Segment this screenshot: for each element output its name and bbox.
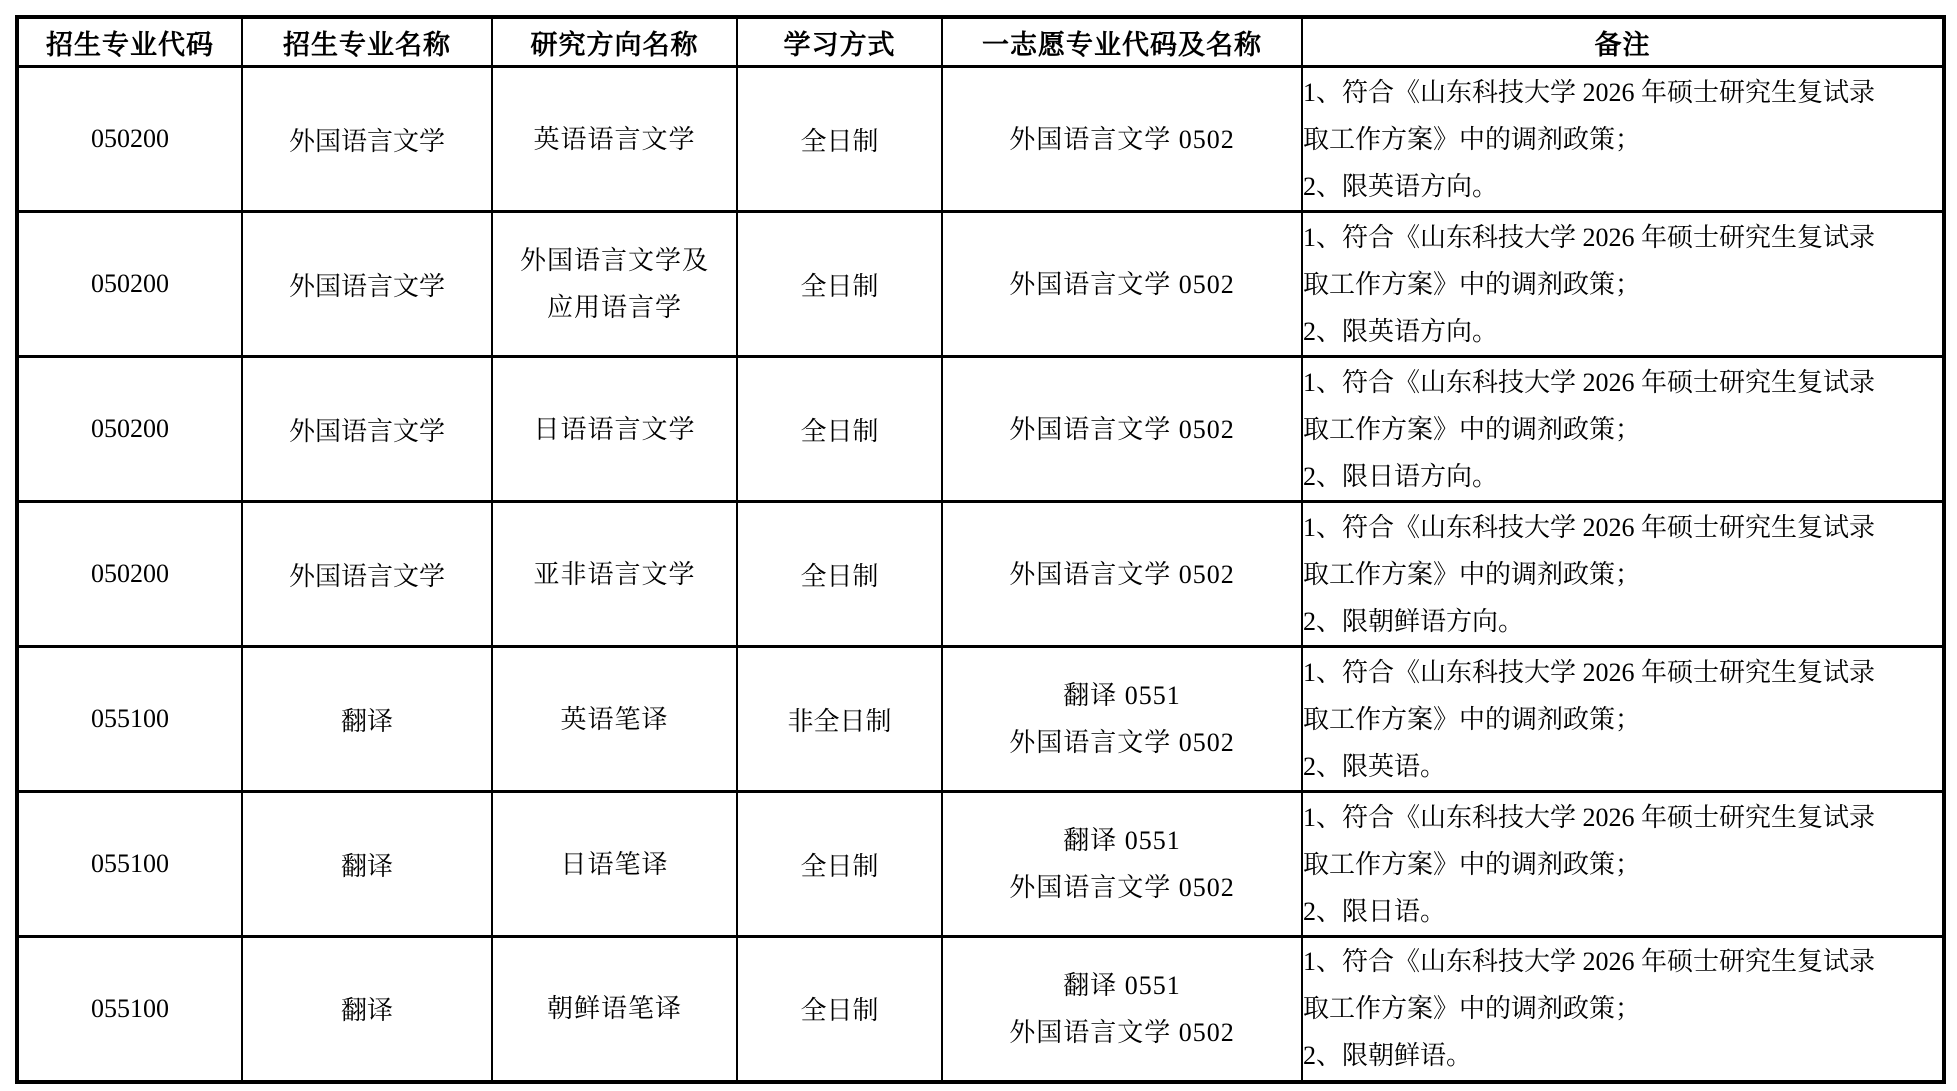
document-page: 招生专业代码 招生专业名称 研究方向名称 学习方式 一志愿专业代码及名称 备注 …	[15, 15, 1946, 1084]
remark-line: 取工作方案》中的调剂政策；	[1303, 985, 1942, 1032]
direction-line: 英语语言文学	[493, 116, 736, 163]
remark-line: 取工作方案》中的调剂政策；	[1303, 406, 1942, 453]
first-choice-line: 外国语言文学 0502	[943, 116, 1301, 163]
direction-line: 朝鲜语笔译	[493, 985, 736, 1032]
cell-admission-code: 055100	[17, 792, 242, 937]
cell-study-mode: 全日制	[737, 937, 942, 1082]
remark-line: 2、限英语方向。	[1303, 163, 1942, 210]
header-row: 招生专业代码 招生专业名称 研究方向名称 学习方式 一志愿专业代码及名称 备注	[17, 17, 1944, 67]
direction-line: 应用语言学	[493, 284, 736, 331]
cell-research-direction: 日语语言文学	[492, 357, 737, 502]
cell-study-mode: 全日制	[737, 67, 942, 212]
cell-remarks: 1、符合《山东科技大学 2026 年硕士研究生复试录 取工作方案》中的调剂政策；…	[1302, 357, 1944, 502]
remark-line: 1、符合《山东科技大学 2026 年硕士研究生复试录	[1303, 69, 1942, 116]
remark-line: 取工作方案》中的调剂政策；	[1303, 116, 1942, 163]
header-major-name: 招生专业名称	[242, 17, 492, 67]
cell-major-name: 翻译	[242, 647, 492, 792]
cell-major-name: 外国语言文学	[242, 357, 492, 502]
cell-major-name: 外国语言文学	[242, 67, 492, 212]
table-row: 055100 翻译 日语笔译 全日制 翻译 0551 外国语言文学 0502 1…	[17, 792, 1944, 937]
remark-line: 2、限朝鲜语方向。	[1303, 598, 1942, 645]
cell-study-mode: 非全日制	[737, 647, 942, 792]
remark-line: 2、限日语方向。	[1303, 453, 1942, 500]
first-choice-line: 翻译 0551	[943, 817, 1301, 864]
cell-study-mode: 全日制	[737, 357, 942, 502]
header-first-choice: 一志愿专业代码及名称	[942, 17, 1302, 67]
cell-remarks: 1、符合《山东科技大学 2026 年硕士研究生复试录 取工作方案》中的调剂政策；…	[1302, 502, 1944, 647]
cell-admission-code: 050200	[17, 67, 242, 212]
cell-first-choice: 外国语言文学 0502	[942, 502, 1302, 647]
cell-research-direction: 外国语言文学及 应用语言学	[492, 212, 737, 357]
remark-line: 取工作方案》中的调剂政策；	[1303, 696, 1942, 743]
table-row: 050200 外国语言文学 英语语言文学 全日制 外国语言文学 0502 1、符…	[17, 67, 1944, 212]
remark-line: 取工作方案》中的调剂政策；	[1303, 551, 1942, 598]
first-choice-line: 翻译 0551	[943, 672, 1301, 719]
cell-admission-code: 055100	[17, 937, 242, 1082]
cell-remarks: 1、符合《山东科技大学 2026 年硕士研究生复试录 取工作方案》中的调剂政策；…	[1302, 67, 1944, 212]
table-row: 050200 外国语言文学 日语语言文学 全日制 外国语言文学 0502 1、符…	[17, 357, 1944, 502]
cell-study-mode: 全日制	[737, 212, 942, 357]
table-row: 055100 翻译 英语笔译 非全日制 翻译 0551 外国语言文学 0502 …	[17, 647, 1944, 792]
cell-first-choice: 翻译 0551 外国语言文学 0502	[942, 937, 1302, 1082]
cell-admission-code: 050200	[17, 502, 242, 647]
remark-line: 取工作方案》中的调剂政策；	[1303, 261, 1942, 308]
remark-line: 1、符合《山东科技大学 2026 年硕士研究生复试录	[1303, 359, 1942, 406]
cell-first-choice: 外国语言文学 0502	[942, 357, 1302, 502]
cell-admission-code: 055100	[17, 647, 242, 792]
cell-research-direction: 英语语言文学	[492, 67, 737, 212]
first-choice-line: 外国语言文学 0502	[943, 719, 1301, 766]
header-admission-code: 招生专业代码	[17, 17, 242, 67]
header-remarks: 备注	[1302, 17, 1944, 67]
header-study-mode: 学习方式	[737, 17, 942, 67]
remark-line: 2、限英语方向。	[1303, 308, 1942, 355]
cell-research-direction: 日语笔译	[492, 792, 737, 937]
cell-research-direction: 朝鲜语笔译	[492, 937, 737, 1082]
direction-line: 英语笔译	[493, 696, 736, 743]
cell-remarks: 1、符合《山东科技大学 2026 年硕士研究生复试录 取工作方案》中的调剂政策；…	[1302, 647, 1944, 792]
cell-major-name: 翻译	[242, 937, 492, 1082]
cell-first-choice: 外国语言文学 0502	[942, 67, 1302, 212]
first-choice-line: 翻译 0551	[943, 962, 1301, 1009]
remark-line: 1、符合《山东科技大学 2026 年硕士研究生复试录	[1303, 214, 1942, 261]
first-choice-line: 外国语言文学 0502	[943, 551, 1301, 598]
cell-research-direction: 英语笔译	[492, 647, 737, 792]
remark-line: 2、限日语。	[1303, 888, 1942, 935]
table-row: 050200 外国语言文学 外国语言文学及 应用语言学 全日制 外国语言文学 0…	[17, 212, 1944, 357]
first-choice-line: 外国语言文学 0502	[943, 406, 1301, 453]
first-choice-line: 外国语言文学 0502	[943, 1009, 1301, 1056]
first-choice-line: 外国语言文学 0502	[943, 864, 1301, 911]
cell-major-name: 翻译	[242, 792, 492, 937]
remark-line: 1、符合《山东科技大学 2026 年硕士研究生复试录	[1303, 794, 1942, 841]
remark-line: 2、限英语。	[1303, 743, 1942, 790]
remark-line: 1、符合《山东科技大学 2026 年硕士研究生复试录	[1303, 938, 1942, 985]
cell-admission-code: 050200	[17, 357, 242, 502]
remark-line: 1、符合《山东科技大学 2026 年硕士研究生复试录	[1303, 649, 1942, 696]
cell-remarks: 1、符合《山东科技大学 2026 年硕士研究生复试录 取工作方案》中的调剂政策；…	[1302, 792, 1944, 937]
cell-major-name: 外国语言文学	[242, 502, 492, 647]
header-research-direction: 研究方向名称	[492, 17, 737, 67]
direction-line: 日语笔译	[493, 841, 736, 888]
cell-first-choice: 翻译 0551 外国语言文学 0502	[942, 647, 1302, 792]
direction-line: 日语语言文学	[493, 406, 736, 453]
first-choice-line: 外国语言文学 0502	[943, 261, 1301, 308]
cell-remarks: 1、符合《山东科技大学 2026 年硕士研究生复试录 取工作方案》中的调剂政策；…	[1302, 212, 1944, 357]
remark-line: 1、符合《山东科技大学 2026 年硕士研究生复试录	[1303, 504, 1942, 551]
cell-research-direction: 亚非语言文学	[492, 502, 737, 647]
cell-study-mode: 全日制	[737, 502, 942, 647]
cell-first-choice: 外国语言文学 0502	[942, 212, 1302, 357]
remark-line: 2、限朝鲜语。	[1303, 1032, 1942, 1079]
direction-line: 外国语言文学及	[493, 237, 736, 284]
remark-line: 取工作方案》中的调剂政策；	[1303, 841, 1942, 888]
cell-first-choice: 翻译 0551 外国语言文学 0502	[942, 792, 1302, 937]
cell-remarks: 1、符合《山东科技大学 2026 年硕士研究生复试录 取工作方案》中的调剂政策；…	[1302, 937, 1944, 1082]
cell-admission-code: 050200	[17, 212, 242, 357]
cell-study-mode: 全日制	[737, 792, 942, 937]
table-row: 055100 翻译 朝鲜语笔译 全日制 翻译 0551 外国语言文学 0502 …	[17, 937, 1944, 1082]
cell-major-name: 外国语言文学	[242, 212, 492, 357]
direction-line: 亚非语言文学	[493, 551, 736, 598]
table-row: 050200 外国语言文学 亚非语言文学 全日制 外国语言文学 0502 1、符…	[17, 502, 1944, 647]
admissions-adjustment-table: 招生专业代码 招生专业名称 研究方向名称 学习方式 一志愿专业代码及名称 备注 …	[15, 15, 1946, 1084]
